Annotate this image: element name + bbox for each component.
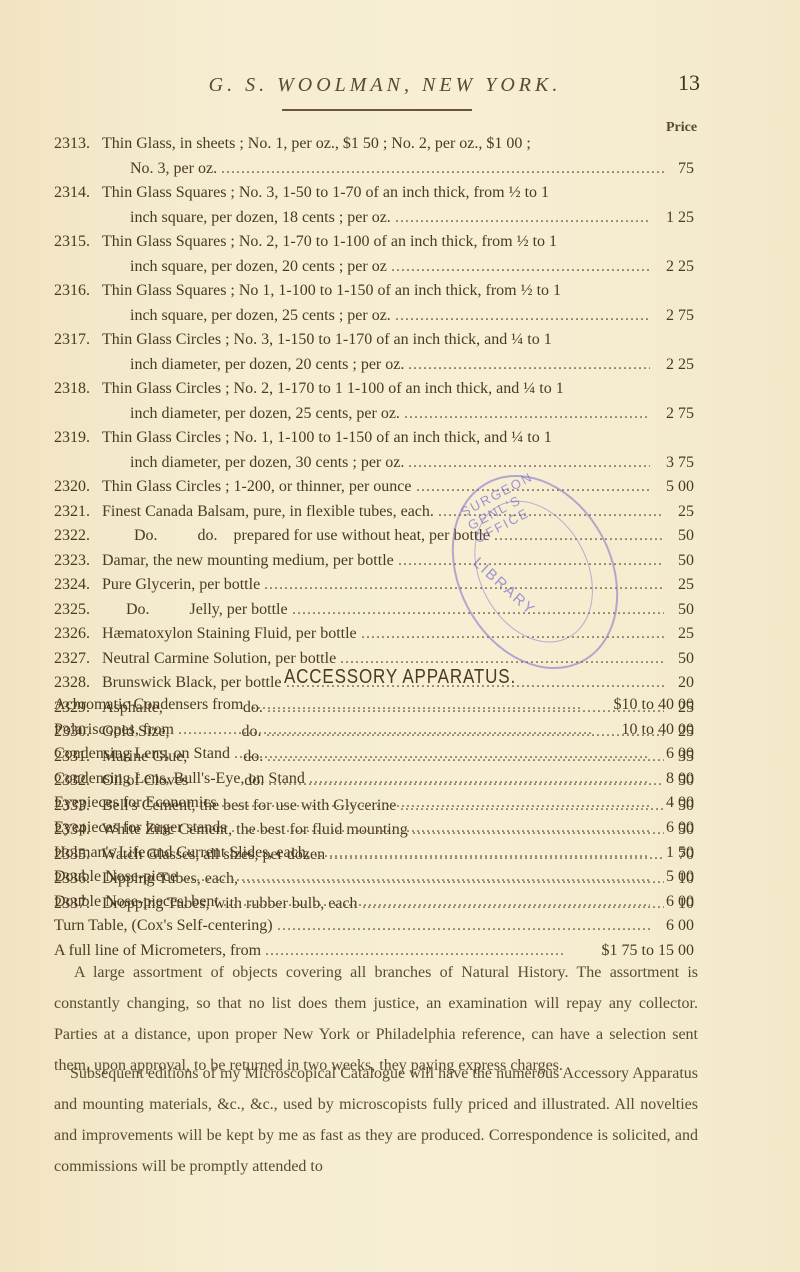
item-number: 2323.: [54, 549, 100, 574]
accessory-item: Eyepieces for Economics4 00.............…: [54, 791, 694, 816]
item-description: inch diameter, per dozen, 30 cents ; per…: [130, 451, 404, 476]
dot-leader: ........................................…: [395, 304, 650, 329]
dot-leader: ........................................…: [408, 353, 650, 378]
accessory-item: Condensing Lens, on Stand6 00...........…: [54, 742, 694, 767]
accessory-item: Turn Table, (Cox's Self-centering)6 00..…: [54, 914, 694, 939]
item-number: 2326.: [54, 622, 100, 647]
list-item: 2314.Thin Glass Squares ; No. 3, 1-50 to…: [54, 181, 694, 206]
item-description: inch square, per dozen, 18 cents ; per o…: [130, 206, 391, 231]
paragraph-editions: Subsequent editions of my Microscopical …: [54, 1058, 698, 1182]
list-item: 2321.Finest Canada Balsam, pure, in flex…: [54, 500, 694, 525]
list-item: 2316.Thin Glass Squares ; No 1, 1-100 to…: [54, 279, 694, 304]
list-item: 2315.Thin Glass Squares ; No. 2, 1-70 to…: [54, 230, 694, 255]
dot-leader: ........................................…: [395, 206, 650, 231]
accessory-item: Holman's Life and Current Slides, each,1…: [54, 841, 694, 866]
list-item: 2317.Thin Glass Circles ; No. 3, 1-150 t…: [54, 328, 694, 353]
item-number: 2314.: [54, 181, 100, 206]
accessory-item: Achromatic Condensers from$10 to 40 00..…: [54, 693, 694, 718]
item-description: inch square, per dozen, 25 cents ; per o…: [130, 304, 391, 329]
item-description: Do. do. prepared for use without heat, p…: [102, 524, 490, 549]
item-description: Do. Jelly, per bottle: [102, 598, 288, 623]
list-item: inch square, per dozen, 20 cents ; per o…: [54, 255, 694, 280]
accessory-item: Condensing Lens, Bull's-Eye, on Stand8 0…: [54, 767, 694, 792]
dot-leader: ........................................…: [277, 914, 650, 939]
dot-leader: ........................................…: [404, 402, 650, 427]
page-title: G. S. WOOLMAN, NEW YORK.: [200, 74, 570, 97]
accessory-list: Achromatic Condensers from$10 to 40 00..…: [54, 693, 694, 964]
list-item: 2313.Thin Glass, in sheets ; No. 1, per …: [54, 132, 694, 157]
item-number: 2316.: [54, 279, 100, 304]
catalogue-page: G. S. WOOLMAN, NEW YORK. 13 Price 2313.T…: [0, 0, 800, 1272]
item-description: Thin Glass Squares ; No. 2, 1-70 to 1-10…: [102, 230, 557, 255]
list-item: 2319.Thin Glass Circles ; No. 1, 1-100 t…: [54, 426, 694, 451]
accessory-label: Double Nose-pieces, bent: [54, 890, 219, 915]
item-description: Damar, the new mounting medium, per bott…: [102, 549, 394, 574]
dot-leader: ........................................…: [391, 255, 650, 280]
dot-leader: ........................................…: [221, 791, 650, 816]
section-title-accessory: ACCESSORY APPARATUS.: [60, 666, 740, 689]
accessory-label: Turn Table, (Cox's Self-centering): [54, 914, 273, 939]
accessory-label: Double Nose-piece: [54, 865, 177, 890]
item-description: Thin Glass Circles ; No. 3, 1-150 to 1-1…: [102, 328, 552, 353]
item-number: 2318.: [54, 377, 100, 402]
list-item: inch square, per dozen, 18 cents ; per o…: [54, 206, 694, 231]
list-item: inch diameter, per dozen, 25 cents, per …: [54, 402, 694, 427]
dot-leader: ........................................…: [231, 816, 650, 841]
item-description: Finest Canada Balsam, pure, in flexible …: [102, 500, 434, 525]
page-number: 13: [678, 70, 700, 96]
dot-leader: ........................................…: [234, 742, 650, 767]
item-description: Thin Glass Squares ; No. 3, 1-50 to 1-70…: [102, 181, 549, 206]
list-item: inch diameter, per dozen, 30 cents ; per…: [54, 451, 694, 476]
item-description: Thin Glass Circles ; No. 1, 1-100 to 1-1…: [102, 426, 552, 451]
item-number: 2317.: [54, 328, 100, 353]
item-description: Hæmatoxylon Staining Fluid, per bottle: [102, 622, 357, 647]
list-item: inch diameter, per dozen, 20 cents ; per…: [54, 353, 694, 378]
accessory-item: Double Nose-pieces, bent6 00............…: [54, 890, 694, 915]
item-number: 2322.: [54, 524, 100, 549]
accessory-item: Double Nose-piece5 00...................…: [54, 865, 694, 890]
accessory-label: Polariscopes, from: [54, 718, 174, 743]
item-description: Thin Glass Squares ; No 1, 1-100 to 1-15…: [102, 279, 561, 304]
dot-leader: ........................................…: [181, 865, 650, 890]
item-description: Pure Glycerin, per bottle: [102, 573, 260, 598]
item-description: inch square, per dozen, 20 cents ; per o…: [130, 255, 387, 280]
dot-leader: ........................................…: [178, 718, 591, 743]
accessory-label: Eyepieces for larger stands: [54, 816, 227, 841]
dot-leader: ........................................…: [221, 157, 664, 182]
list-item: No. 3, per oz.75........................…: [54, 157, 694, 182]
accessory-label: Achromatic Condensers from: [54, 693, 243, 718]
item-description: inch diameter, per dozen, 25 cents, per …: [130, 402, 400, 427]
dot-leader: ........................................…: [247, 693, 582, 718]
item-description: Thin Glass, in sheets ; No. 1, per oz., …: [102, 132, 531, 157]
running-header: G. S. WOOLMAN, NEW YORK. 13: [0, 68, 800, 108]
accessory-label: Eyepieces for Economics: [54, 791, 217, 816]
item-description: No. 3, per oz.: [130, 157, 217, 182]
accessory-label: Holman's Life and Current Slides, each,: [54, 841, 310, 866]
item-number: 2324.: [54, 573, 100, 598]
item-number: 2315.: [54, 230, 100, 255]
accessory-item: Polariscopes, from10 to 40 00...........…: [54, 718, 694, 743]
item-number: 2320.: [54, 475, 100, 500]
item-number: 2325.: [54, 598, 100, 623]
accessory-item: Eyepieces for larger stands6 00.........…: [54, 816, 694, 841]
item-description: inch diameter, per dozen, 20 cents ; per…: [130, 353, 404, 378]
accessory-label: Condensing Lens, Bull's-Eye, on Stand: [54, 767, 305, 792]
header-divider: [282, 109, 472, 111]
item-number: 2313.: [54, 132, 100, 157]
dot-leader: ........................................…: [314, 841, 650, 866]
dot-leader: ........................................…: [223, 890, 650, 915]
item-number: 2321.: [54, 500, 100, 525]
item-description: Thin Glass Circles ; 1-200, or thinner, …: [102, 475, 412, 500]
list-item: 2318.Thin Glass Circles ; No. 2, 1-170 t…: [54, 377, 694, 402]
item-description: Thin Glass Circles ; No. 2, 1-170 to 1 1…: [102, 377, 564, 402]
list-item: inch square, per dozen, 25 cents ; per o…: [54, 304, 694, 329]
accessory-label: Condensing Lens, on Stand: [54, 742, 230, 767]
dot-leader: ........................................…: [309, 767, 650, 792]
list-item: 2320.Thin Glass Circles ; 1-200, or thin…: [54, 475, 694, 500]
item-number: 2319.: [54, 426, 100, 451]
